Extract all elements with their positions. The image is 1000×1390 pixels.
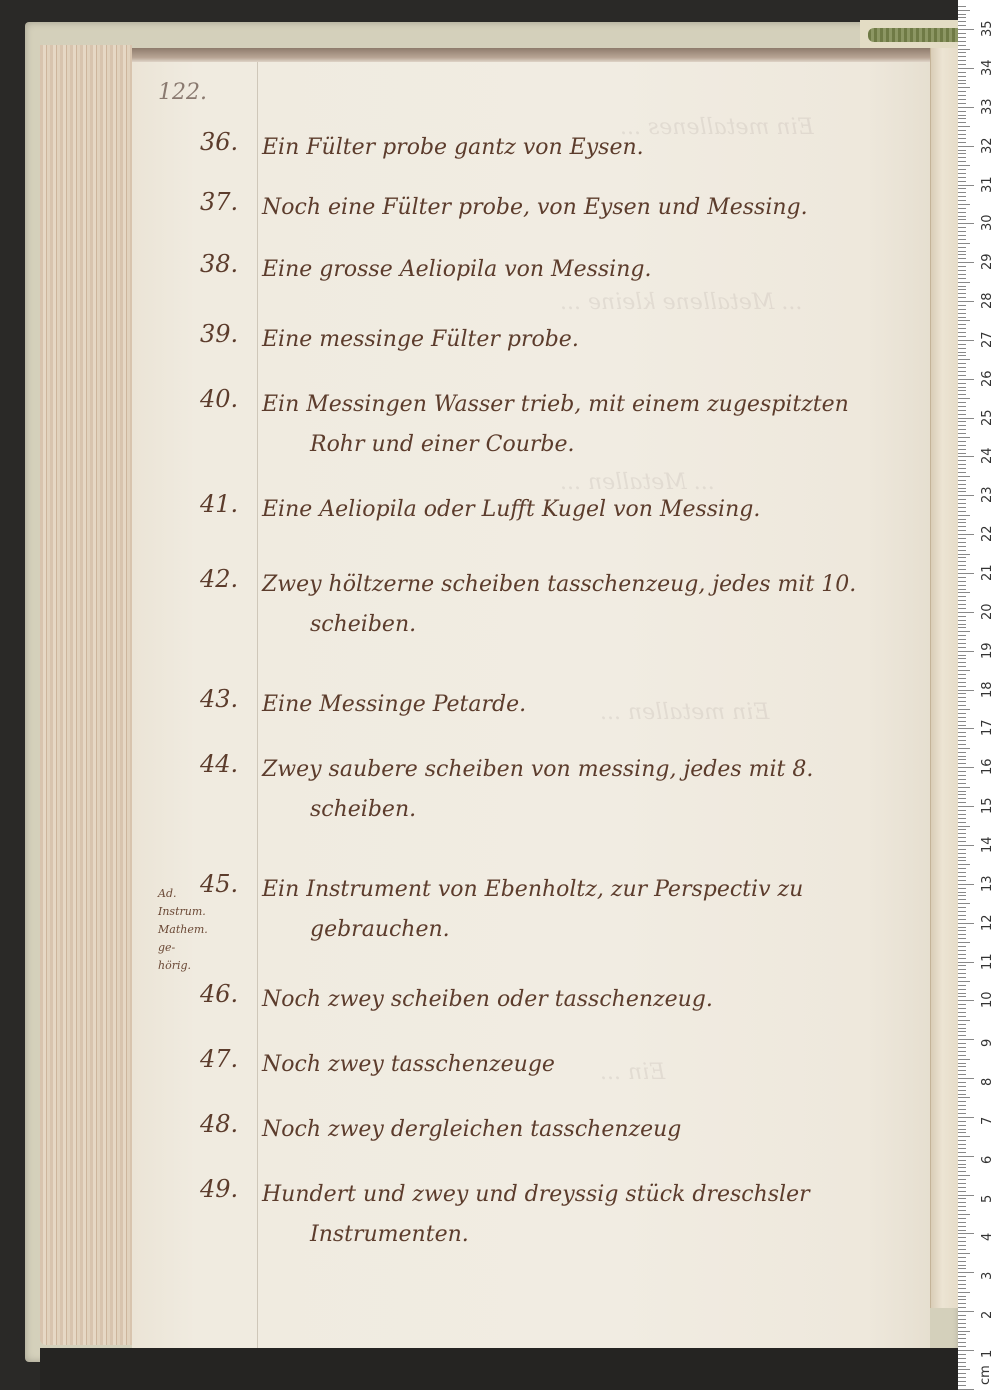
entry-number: 42. xyxy=(200,565,250,593)
margin-note-line: Mathem. ge- xyxy=(158,921,218,957)
ruler-tick xyxy=(958,791,966,792)
ruler-label: 13 xyxy=(980,862,995,892)
ruler-tick xyxy=(958,383,966,384)
ruler-label: 1 xyxy=(980,1328,995,1358)
ruler-tick xyxy=(958,993,966,994)
ruler-tick xyxy=(958,227,966,228)
ruler-tick xyxy=(958,375,966,376)
ruler-tick xyxy=(958,134,966,135)
ruler-tick xyxy=(958,903,970,904)
ruler-tick xyxy=(958,293,966,294)
ruler-tick xyxy=(958,748,970,749)
ruler-tick xyxy=(958,1063,966,1064)
ruler-tick xyxy=(958,585,966,586)
ruler-tick xyxy=(958,538,966,539)
ruler-tick xyxy=(958,1187,966,1188)
ruler-tick xyxy=(958,907,966,908)
ruler-tick xyxy=(958,146,974,147)
ruler-tick xyxy=(958,1043,966,1044)
ruler-tick xyxy=(958,759,966,760)
ruler-tick xyxy=(958,612,974,613)
ruler-tick xyxy=(958,573,974,574)
cm-ruler: cm 1234567891011121314151617181920212223… xyxy=(958,0,1000,1390)
ruler-tick xyxy=(958,41,966,42)
gutter-next-page xyxy=(930,48,959,1308)
ruler-tick xyxy=(958,554,970,555)
ruler-tick xyxy=(958,1245,966,1246)
entry-number: 43. xyxy=(200,685,250,713)
ruler-tick xyxy=(958,99,966,100)
ruler-tick xyxy=(958,495,974,496)
ruler-tick xyxy=(958,1272,974,1273)
ruler-tick xyxy=(958,1334,966,1335)
ruler-tick xyxy=(958,616,966,617)
ruler-tick xyxy=(958,507,966,508)
ruler-tick xyxy=(958,973,966,974)
ruler-tick xyxy=(958,732,966,733)
ruler-tick xyxy=(958,359,970,360)
ruler-label: 32 xyxy=(980,124,995,154)
ruler-tick xyxy=(958,938,966,939)
ruler-tick xyxy=(958,686,966,687)
ruler-tick xyxy=(958,1323,966,1324)
ruler-tick xyxy=(958,1140,966,1141)
ruler-tick xyxy=(958,305,966,306)
ruler-tick xyxy=(958,181,966,182)
ruler-tick xyxy=(958,639,966,640)
ruler-tick xyxy=(958,1125,966,1126)
ruler-tick xyxy=(958,919,966,920)
ruler-tick xyxy=(958,1202,966,1203)
ruler-tick xyxy=(958,810,966,811)
ruler-tick xyxy=(958,320,970,321)
ruler-tick xyxy=(958,643,966,644)
ruler-tick xyxy=(958,390,966,391)
ruler-tick xyxy=(958,14,966,15)
ruler-tick xyxy=(958,445,966,446)
ruler-tick xyxy=(958,464,966,465)
ruler-tick xyxy=(958,1160,966,1161)
ruler-tick xyxy=(958,1342,966,1343)
ruler-tick xyxy=(958,1385,966,1386)
ruler-tick xyxy=(958,188,966,189)
ruler-tick xyxy=(958,1070,966,1071)
ruler-tick xyxy=(958,693,966,694)
ruler-tick xyxy=(958,1175,970,1176)
entry-number: 49. xyxy=(200,1175,250,1203)
ruler-tick xyxy=(958,1299,966,1300)
ruler-tick xyxy=(958,1241,966,1242)
ruler-tick xyxy=(958,460,966,461)
ruler-tick xyxy=(958,1047,966,1048)
ruler-tick xyxy=(958,705,966,706)
ruler-tick xyxy=(958,569,966,570)
ruler-tick xyxy=(958,565,966,566)
ruler-tick xyxy=(958,429,966,430)
ruler-tick xyxy=(958,1253,970,1254)
ruler-tick xyxy=(958,806,974,807)
ruler-tick xyxy=(958,313,966,314)
ruler-tick xyxy=(958,1198,966,1199)
ruler-tick xyxy=(958,371,966,372)
ruler-label: 3 xyxy=(980,1250,995,1280)
ruler-tick xyxy=(958,150,966,151)
ruler-tick xyxy=(958,822,966,823)
ruler-tick xyxy=(958,763,966,764)
ruler-tick xyxy=(958,674,966,675)
ruler-tick xyxy=(958,410,966,411)
entry-line: Noch eine Fülter probe, von Eysen und Me… xyxy=(262,188,882,228)
entry-text: Ein Fülter probe gantz von Eysen. xyxy=(262,128,882,168)
ruler-tick xyxy=(958,1195,974,1196)
ruler-label: 23 xyxy=(980,473,995,503)
ruler-tick xyxy=(958,76,966,77)
entry-line: Rohr und einer Courbe. xyxy=(262,425,882,465)
ruler-tick xyxy=(958,161,966,162)
ruler-tick xyxy=(958,682,966,683)
ruler-tick xyxy=(958,888,966,889)
ruler-tick xyxy=(958,1152,966,1153)
ruler-tick xyxy=(958,1004,966,1005)
entry-number: 46. xyxy=(200,980,250,1008)
ruler-tick xyxy=(958,468,966,469)
ruler-tick xyxy=(958,833,966,834)
ruler-tick xyxy=(958,818,966,819)
ruler-tick xyxy=(958,25,966,26)
ruler-tick xyxy=(958,942,970,943)
entry-text: Eine Aeliopila oder Lufft Kugel von Mess… xyxy=(262,490,882,530)
ruler-tick xyxy=(958,488,966,489)
ruler-label: 7 xyxy=(980,1095,995,1125)
ruler-tick xyxy=(958,157,966,158)
ruler-tick xyxy=(958,247,966,248)
ruler-tick xyxy=(958,1319,966,1320)
entry-line: Zwey saubere scheiben von messing, jedes… xyxy=(262,750,882,790)
ruler-tick xyxy=(958,1276,966,1277)
ruler-tick xyxy=(958,1292,970,1293)
ruler-tick xyxy=(958,433,966,434)
ruler-tick xyxy=(958,1222,966,1223)
ruler-label: 16 xyxy=(980,745,995,775)
ruler-label: 2 xyxy=(980,1289,995,1319)
ruler-tick xyxy=(958,511,966,512)
ruler-tick xyxy=(958,437,970,438)
ruler-tick xyxy=(958,165,970,166)
ruler-tick xyxy=(958,690,974,691)
ruler-tick xyxy=(958,72,966,73)
ruler-tick xyxy=(958,534,974,535)
ruler-tick xyxy=(958,1233,974,1234)
ruler-tick xyxy=(958,1346,966,1347)
ruler-tick xyxy=(958,1105,966,1106)
ruler-tick xyxy=(958,1284,966,1285)
ruler-tick xyxy=(958,367,966,368)
ruler-tick xyxy=(958,355,966,356)
ruler-tick xyxy=(958,977,966,978)
ruler-tick xyxy=(958,546,966,547)
ruler-tick xyxy=(958,845,974,846)
ruler-tick xyxy=(958,1362,966,1363)
ruler-tick xyxy=(958,592,970,593)
entry-text: Eine grosse Aeliopila von Messing. xyxy=(262,250,882,290)
ruler-tick xyxy=(958,297,966,298)
ruler-tick xyxy=(958,1012,966,1013)
ruler-tick xyxy=(958,340,974,341)
ruler-tick xyxy=(958,826,970,827)
ruler-tick xyxy=(958,379,974,380)
ruler-unit-label: cm xyxy=(978,1365,993,1385)
entry-text: Zwey höltzerne scheiben tasschenzeug, je… xyxy=(262,565,882,645)
ruler-tick xyxy=(958,1307,966,1308)
ruler-tick xyxy=(958,1117,974,1118)
ruler-label: 19 xyxy=(980,629,995,659)
ruler-tick xyxy=(958,969,966,970)
ruler-tick xyxy=(958,394,966,395)
ruler-tick xyxy=(958,631,970,632)
ruler-tick xyxy=(958,449,966,450)
ruler-label: 4 xyxy=(980,1211,995,1241)
ruler-label: 14 xyxy=(980,823,995,853)
ruler-tick xyxy=(958,1354,966,1355)
entry-line: scheiben. xyxy=(262,605,882,645)
ruler-tick xyxy=(958,884,974,885)
ruler-tick xyxy=(958,985,966,986)
ruler-tick xyxy=(958,1327,966,1328)
ruler-tick xyxy=(958,697,966,698)
ruler-tick xyxy=(958,10,970,11)
ruler-tick xyxy=(958,627,966,628)
ruler-tick xyxy=(958,1129,966,1130)
entry-line: Hundert und zwey und dreyssig stück dres… xyxy=(262,1175,882,1215)
ruler-tick xyxy=(958,950,966,951)
ruler-tick xyxy=(958,21,966,22)
ruler-tick xyxy=(958,1136,970,1137)
ruler-tick xyxy=(958,328,966,329)
ruler-tick xyxy=(958,1214,970,1215)
ruler-tick xyxy=(958,1369,970,1370)
ruler-tick xyxy=(958,421,966,422)
ruler-tick xyxy=(958,1373,966,1374)
ruler-tick xyxy=(958,282,970,283)
ruler-tick xyxy=(958,880,966,881)
ruler-tick xyxy=(958,1024,966,1025)
ruler-tick xyxy=(958,771,966,772)
ruler-tick xyxy=(958,802,966,803)
ruler-tick xyxy=(958,1366,966,1367)
ruler-label: 17 xyxy=(980,706,995,736)
ruler-tick xyxy=(958,107,974,108)
ruler-tick xyxy=(958,996,966,997)
entry-line: Eine Messinge Petarde. xyxy=(262,685,882,725)
ruler-tick xyxy=(958,348,966,349)
ruler-tick xyxy=(958,658,966,659)
ruler-tick xyxy=(958,64,966,65)
ruler-label: 5 xyxy=(980,1173,995,1203)
ruler-tick xyxy=(958,717,966,718)
ruler-tick xyxy=(958,775,966,776)
entry-number: 36. xyxy=(200,128,250,156)
ruler-tick xyxy=(958,352,966,353)
entry-text: Noch zwey scheiben oder tasschenzeug. xyxy=(262,980,882,1020)
ruler-tick xyxy=(958,414,966,415)
ruler-tick xyxy=(958,736,966,737)
ruler-tick xyxy=(958,111,966,112)
headband xyxy=(868,28,960,42)
ruler-tick xyxy=(958,1303,966,1304)
ruler-tick xyxy=(958,1109,966,1110)
ruler-tick xyxy=(958,911,966,912)
ruler-tick xyxy=(958,503,966,504)
ruler-tick xyxy=(958,344,966,345)
ruler-tick xyxy=(958,286,966,287)
ruler-tick xyxy=(958,954,966,955)
ruler-tick xyxy=(958,95,966,96)
entry-line: scheiben. xyxy=(262,790,882,830)
ruler-tick xyxy=(958,1249,966,1250)
ruler-tick xyxy=(958,557,966,558)
ruler-tick xyxy=(958,989,966,990)
ruler-tick xyxy=(958,701,966,702)
ruler-tick xyxy=(958,515,970,516)
ruler-tick xyxy=(958,923,974,924)
ruler-tick xyxy=(958,767,974,768)
ruler-tick xyxy=(958,1164,966,1165)
ruler-tick xyxy=(958,1179,966,1180)
ruler-tick xyxy=(958,1101,966,1102)
ruler-tick xyxy=(958,604,966,605)
ruler-tick xyxy=(958,1315,966,1316)
ruler-tick xyxy=(958,173,966,174)
ruler-tick xyxy=(958,876,966,877)
ruler-tick xyxy=(958,1171,966,1172)
entry-line: Instrumenten. xyxy=(262,1215,882,1255)
entry-line: Ein Messingen Wasser trieb, mit einem zu… xyxy=(262,385,882,425)
ruler-label: 8 xyxy=(980,1056,995,1086)
ruler-tick xyxy=(958,709,970,710)
ruler-label: 15 xyxy=(980,784,995,814)
entry-number: 40. xyxy=(200,385,250,413)
ruler-tick xyxy=(958,965,966,966)
entry-number: 44. xyxy=(200,750,250,778)
ruler-tick xyxy=(958,1121,966,1122)
ruler-tick xyxy=(958,651,974,652)
ruler-tick xyxy=(958,519,966,520)
ruler-tick xyxy=(958,678,966,679)
ruler-tick xyxy=(958,441,966,442)
ruler-tick xyxy=(958,853,966,854)
ruler-tick xyxy=(958,787,970,788)
entry-number: 37. xyxy=(200,188,250,216)
entry-line: Eine messinge Fülter probe. xyxy=(262,320,882,360)
ruler-label: 18 xyxy=(980,668,995,698)
ruler-tick xyxy=(958,1268,966,1269)
ruler-tick xyxy=(958,453,966,454)
ruler-tick xyxy=(958,1230,966,1231)
ruler-tick xyxy=(958,1020,970,1021)
ruler-tick xyxy=(958,83,966,84)
ruler-tick xyxy=(958,52,966,53)
ruler-tick xyxy=(958,56,966,57)
margin-note-line: hörig. xyxy=(158,957,218,975)
ruler-tick xyxy=(958,231,966,232)
ruler-tick xyxy=(958,1051,966,1052)
ruler-tick xyxy=(958,892,966,893)
ruler-tick xyxy=(958,841,966,842)
ruler-tick xyxy=(958,332,966,333)
ruler-tick xyxy=(958,581,966,582)
entry-number: 47. xyxy=(200,1045,250,1073)
ruler-tick xyxy=(958,798,966,799)
ruler-tick xyxy=(958,1055,966,1056)
ruler-tick xyxy=(958,262,974,263)
ruler-tick xyxy=(958,1028,966,1029)
ruler-tick xyxy=(958,418,974,419)
ruler-tick xyxy=(958,499,966,500)
ruler-label: 12 xyxy=(980,901,995,931)
ruler-tick xyxy=(958,223,974,224)
ruler-tick xyxy=(958,33,966,34)
ruler-tick xyxy=(958,794,966,795)
ruler-tick xyxy=(958,254,966,255)
ruler-tick xyxy=(958,1183,966,1184)
entry-text: Noch eine Fülter probe, von Eysen und Me… xyxy=(262,188,882,228)
ruler-tick xyxy=(958,1331,970,1332)
ruler-tick xyxy=(958,6,966,7)
ruler-tick xyxy=(958,309,966,310)
ruler-label: 10 xyxy=(980,978,995,1008)
ruler-tick xyxy=(958,1059,970,1060)
ruler-tick xyxy=(958,526,966,527)
ruler-tick xyxy=(958,472,966,473)
ruler-tick xyxy=(958,666,966,667)
entry-number: 39. xyxy=(200,320,250,348)
margin-note: Ad. Instrum. Mathem. ge- hörig. xyxy=(158,885,218,975)
ruler-tick xyxy=(958,406,966,407)
ruler-tick xyxy=(958,142,966,143)
ruler-tick xyxy=(958,336,966,337)
ruler-tick xyxy=(958,122,966,123)
ruler-tick xyxy=(958,1350,974,1351)
ruler-tick xyxy=(958,550,966,551)
ruler-tick xyxy=(958,1257,966,1258)
ruler-tick xyxy=(958,204,970,205)
ruler-tick xyxy=(958,1097,970,1098)
ruler-tick xyxy=(958,324,966,325)
entry-text: Hundert und zwey und dreyssig stück dres… xyxy=(262,1175,882,1255)
ruler-tick xyxy=(958,45,966,46)
entry-text: Zwey saubere scheiben von messing, jedes… xyxy=(262,750,882,830)
ruler-label: 24 xyxy=(980,434,995,464)
ruler-tick xyxy=(958,1078,974,1079)
page-stack-edge xyxy=(40,45,132,1345)
ruler-tick xyxy=(958,752,966,753)
ruler-tick xyxy=(958,864,970,865)
ruler-tick xyxy=(958,387,966,388)
ruler-tick xyxy=(958,317,966,318)
entry-line: Noch zwey tasschenzeuge xyxy=(262,1045,882,1085)
ruler-tick xyxy=(958,208,966,209)
ruler-tick xyxy=(958,1132,966,1133)
ruler-label: 21 xyxy=(980,551,995,581)
ruler-tick xyxy=(958,860,966,861)
ruler-tick xyxy=(958,530,966,531)
entry-text: Eine Messinge Petarde. xyxy=(262,685,882,725)
entry-text: Noch zwey dergleichen tasschenzeug xyxy=(262,1110,882,1150)
ruler-tick xyxy=(958,118,966,119)
ruler-label: 30 xyxy=(980,201,995,231)
entry-text: Noch zwey tasschenzeuge xyxy=(262,1045,882,1085)
ruler-tick xyxy=(958,266,966,267)
